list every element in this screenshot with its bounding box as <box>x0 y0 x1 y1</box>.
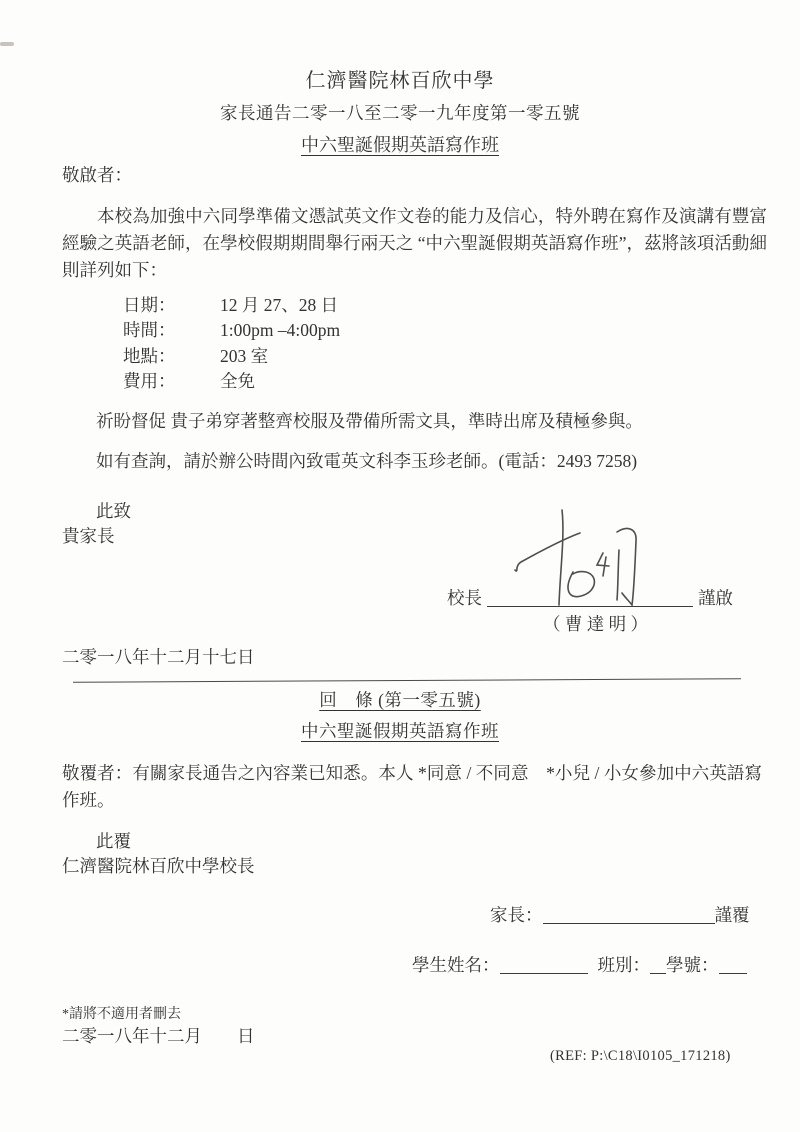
detail-value: 12 月 27、28 日 <box>220 295 338 315</box>
notice-title: 中六聖誕假期英語寫作班 <box>0 131 800 157</box>
reply-addressee: 仁濟醫院林百欣中學校長 <box>62 853 255 880</box>
detail-label: 日期： <box>123 293 220 318</box>
scanned-notice-page: 仁濟醫院林百欣中學 家長通告二零一八至二零一九年度第一零五號 中六聖誕假期英語寫… <box>0 0 800 1132</box>
details-list: 日期：12 月 27、28 日 時間：1:00pm –4:00pm 地點：203… <box>123 293 340 394</box>
student-name-blank <box>500 958 588 974</box>
school-name: 仁濟醫院林百欣中學 <box>0 64 800 93</box>
student-name-label: 學生姓名： <box>412 955 500 975</box>
enquiry-paragraph: 如有查詢，請於辦公時間內致電英文科李玉珍老師。(電話：2493 7258) <box>96 448 637 475</box>
principal-signoff: 謹啟 <box>698 588 733 608</box>
detail-row-fee: 費用：全免 <box>123 369 340 394</box>
principal-signature <box>505 508 655 612</box>
reply-body: 敬覆者：有關家長通告之內容業已知悉。本人 *同意 / 不同意 *小兒 / 小女參… <box>62 760 762 814</box>
reminder-paragraph: 祈盼督促 貴子弟穿著整齊校服及帶備所需文具，準時出席及積極參與。 <box>96 408 643 435</box>
principal-label: 校長 <box>447 588 482 608</box>
reply-title: 回 條 (第一零五號) <box>0 687 800 712</box>
student-no-label: 學號： <box>666 955 719 975</box>
reply-date: 二零一八年十二月 日 <box>62 1023 255 1050</box>
reply-this-reply: 此覆 <box>96 828 131 855</box>
intro-paragraph: 本校為加強中六同學準備文憑試英文作文卷的能力及信心，特外聘在寫作及演講有豐富經驗… <box>62 203 767 284</box>
issue-date: 二零一八年十二月十七日 <box>62 644 255 671</box>
notice-number: 家長通告二零一八至二零一九年度第一零五號 <box>0 100 800 125</box>
principal-name: （ 曹 達 明 ） <box>543 611 648 638</box>
detail-value: 203 室 <box>220 346 268 366</box>
detail-value: 1:00pm –4:00pm <box>220 320 340 340</box>
delete-inapplicable-footnote: *請將不適用者刪去 <box>62 1003 181 1023</box>
closing-this-to: 此致 <box>96 498 131 525</box>
reply-subtitle: 中六聖誕假期英語寫作班 <box>0 718 800 743</box>
class-label: 班別： <box>598 955 651 975</box>
salutation: 敬啟者： <box>62 162 132 189</box>
closing-recipient: 貴家長 <box>62 523 115 550</box>
detail-row-date: 日期：12 月 27、28 日 <box>123 293 340 318</box>
scan-artifact <box>0 42 14 46</box>
parent-signature-blank <box>543 908 715 924</box>
student-no-blank <box>719 958 747 974</box>
parent-label: 家長： <box>490 905 543 925</box>
detail-value: 全免 <box>220 371 255 391</box>
detail-label: 時間： <box>123 318 220 343</box>
parent-sign-row: 家長：謹覆 <box>490 902 750 929</box>
detail-label: 費用： <box>123 369 220 394</box>
notice-header: 仁濟醫院林百欣中學 家長通告二零一八至二零一九年度第一零五號 中六聖誕假期英語寫… <box>0 64 800 157</box>
detail-label: 地點： <box>123 344 220 369</box>
detail-row-time: 時間：1:00pm –4:00pm <box>123 318 340 343</box>
file-reference: (REF: P:\C18\I0105_171218) <box>550 1048 731 1065</box>
parent-signoff: 謹覆 <box>715 905 750 925</box>
detail-row-venue: 地點：203 室 <box>123 344 340 369</box>
class-blank <box>650 958 666 974</box>
reply-header: 回 條 (第一零五號) 中六聖誕假期英語寫作班 <box>0 687 800 743</box>
student-info-row: 學生姓名：班別：學號： <box>412 952 747 979</box>
section-divider <box>73 678 741 682</box>
